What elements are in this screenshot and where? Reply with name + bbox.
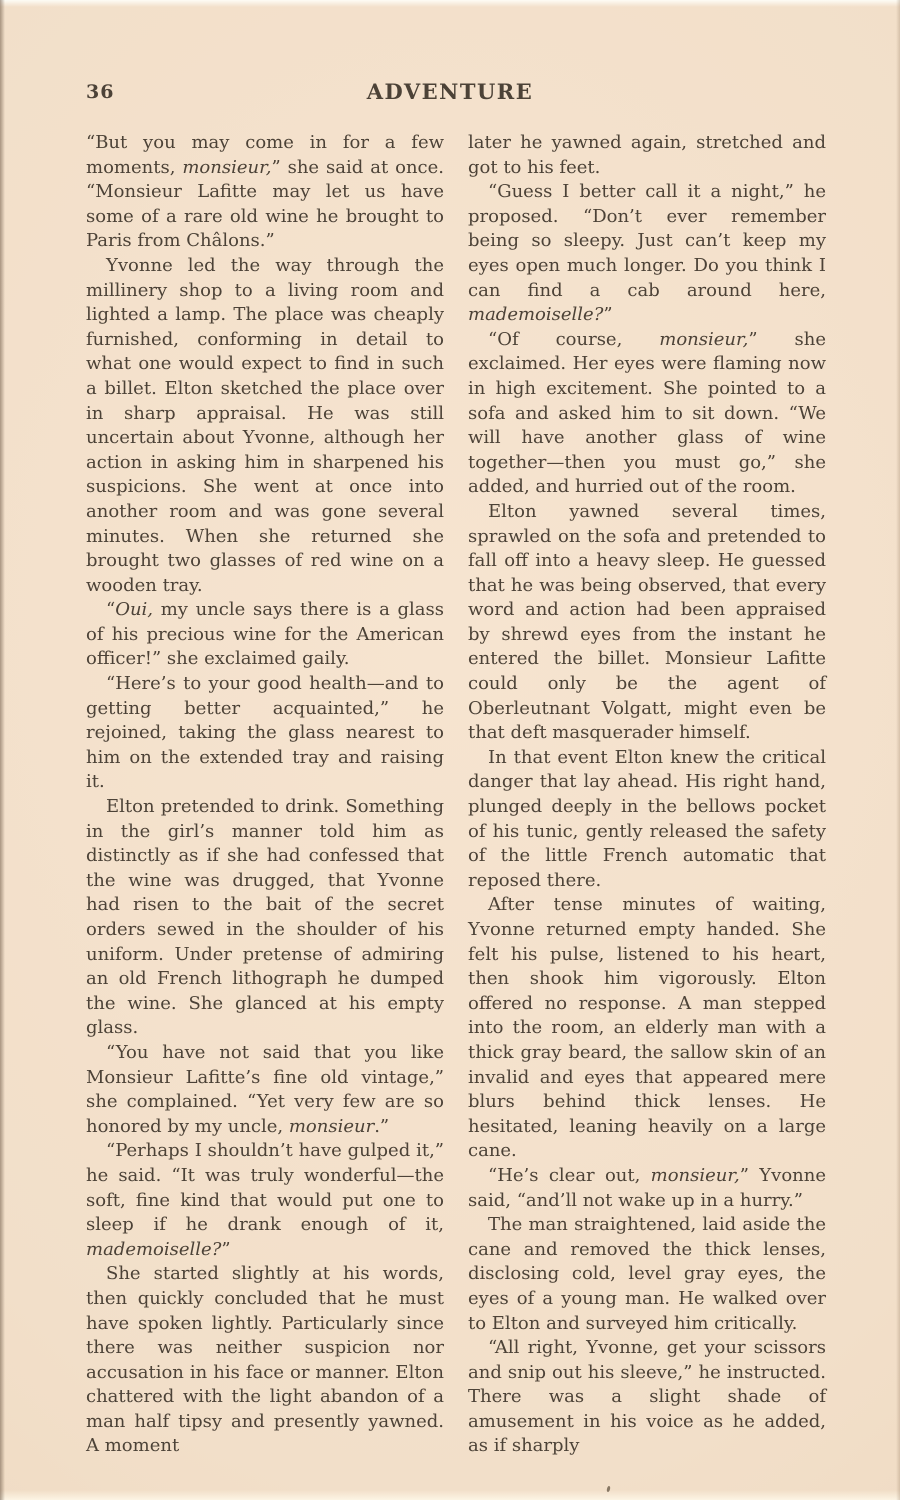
paragraph: “He’s clear out, monsieur,” Yvonne said,… xyxy=(468,1164,826,1213)
paragraph: After tense minutes of waiting, Yvonne r… xyxy=(468,893,826,1164)
text-run: .” xyxy=(374,1116,389,1137)
paragraph: Yvonne led the way through the millinery… xyxy=(86,254,444,598)
text-run: She started slightly at his words, then … xyxy=(86,1263,444,1456)
text-run: “Here’s to your good health—and to getti… xyxy=(86,673,444,792)
italic-text-run: monsieur, xyxy=(659,329,748,350)
paragraph: The man straightened, laid aside the can… xyxy=(468,1213,826,1336)
column-right: later he yawned again, stretched and got… xyxy=(468,131,826,1459)
paragraph: “But you may come in for a few moments, … xyxy=(86,131,444,254)
paragraph: “All right, Yvonne, get your scissors an… xyxy=(468,1336,826,1459)
paragraph: Elton pretended to drink. Something in t… xyxy=(86,795,444,1041)
paragraph: In that event Elton knew the critical da… xyxy=(468,746,826,894)
paragraph: “Perhaps I shouldn’t have gulped it,” he… xyxy=(86,1139,444,1262)
text-columns: “But you may come in for a few moments, … xyxy=(86,131,826,1459)
paragraph: later he yawned again, stretched and got… xyxy=(468,131,826,180)
text-run: “Of course, xyxy=(488,329,659,350)
text-run: later he yawned again, stretched and got… xyxy=(468,132,826,178)
text-run: Elton yawned several times, sprawled on … xyxy=(468,501,826,743)
paragraph: “Oui, my uncle says there is a glass of … xyxy=(86,598,444,672)
running-head-title: ADVENTURE xyxy=(0,79,900,104)
paragraph: “Here’s to your good health—and to getti… xyxy=(86,672,444,795)
text-run: “Perhaps I shouldn’t have gulped it,” he… xyxy=(86,1140,444,1235)
italic-text-run: mademoiselle? xyxy=(468,304,603,325)
text-run: ” xyxy=(603,304,612,325)
paragraph: “Guess I better call it a night,” he pro… xyxy=(468,180,826,328)
text-run: Elton pretended to drink. Something in t… xyxy=(86,796,444,1038)
italic-text-run: monsieur, xyxy=(651,1165,740,1186)
scan-artifact-speck xyxy=(606,1486,610,1493)
text-run: “He’s clear out, xyxy=(488,1165,651,1186)
text-run: ” xyxy=(221,1239,230,1260)
text-run: ” she exclaimed. Her eyes were flaming n… xyxy=(468,329,826,498)
paragraph: “Of course, monsieur,” she exclaimed. He… xyxy=(468,328,826,500)
paragraph: Elton yawned several times, sprawled on … xyxy=(468,500,826,746)
text-run: The man straightened, laid aside the can… xyxy=(468,1214,826,1333)
paragraph: She started slightly at his words, then … xyxy=(86,1262,444,1459)
text-run: In that event Elton knew the critical da… xyxy=(468,747,826,891)
italic-text-run: monsieur, xyxy=(182,157,271,178)
italic-text-run: mademoiselle? xyxy=(86,1239,221,1260)
italic-text-run: Oui, xyxy=(115,599,153,620)
text-run: “All right, Yvonne, get your scissors an… xyxy=(468,1337,826,1456)
text-run: “You have not said that you like Monsieu… xyxy=(86,1042,444,1137)
text-run: “Guess I better call it a night,” he pro… xyxy=(468,181,826,300)
text-run: After tense minutes of waiting, Yvonne r… xyxy=(468,894,826,1161)
text-run: “ xyxy=(106,599,115,620)
italic-text-run: monsieur xyxy=(289,1116,374,1137)
scanned-page: 36 ADVENTURE “But you may come in for a … xyxy=(0,0,900,1500)
text-run: Yvonne led the way through the millinery… xyxy=(86,255,444,596)
paragraph: “You have not said that you like Monsieu… xyxy=(86,1041,444,1139)
column-left: “But you may come in for a few moments, … xyxy=(86,131,444,1459)
